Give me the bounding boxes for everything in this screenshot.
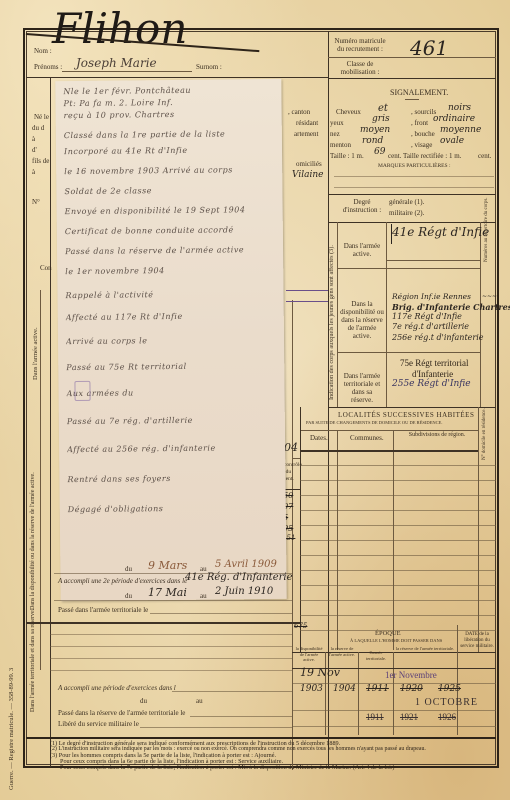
periode3-au: au (200, 592, 207, 600)
taille-cent-label: cent. (478, 152, 491, 160)
periode1-du: du (125, 565, 132, 573)
purple-mark-line-1 (286, 290, 328, 291)
affectation-side-label: Indication des corps auxquels les jeunes… (328, 245, 335, 400)
no-label: N° (32, 198, 40, 206)
margin-print-reference: Guerre. — Registre matricule. — 358-89-9… (8, 668, 15, 790)
classe-label: Classe de mobilisation : (332, 60, 388, 76)
purple-mark-line-2 (286, 301, 328, 302)
epoque-row-line (292, 726, 496, 727)
prenoms-underline (62, 71, 192, 72)
periode2-label: A accompli une 2e période d'exercices da… (58, 577, 187, 585)
slip-line: Affecté au 117e Rt d'Infie (66, 311, 266, 322)
cheveux-label: Cheveux (336, 108, 361, 116)
disponibilite-value-1: Région Inf.ie Rennes (392, 292, 471, 301)
localites-title: LOCALITÉS SUCCESSIVES HABITÉES (338, 411, 474, 419)
front-label: , front (411, 119, 428, 127)
instruction-label: Degré d'instruction : (340, 198, 384, 214)
territoriale-value: 255e Régt d'Infie (392, 379, 471, 389)
periode1-from: 9 Mars (148, 559, 187, 572)
armee-active-value: 41e Régt d'Infie (392, 225, 489, 239)
epoque-value-reserve-active: 1904 (333, 684, 356, 694)
purple-stamp-mark (74, 381, 90, 401)
epoque-value-disponibilite: 1903 (300, 684, 323, 694)
localites-row-line (300, 555, 496, 556)
cheveux-value: et (378, 103, 388, 114)
visage-label: , visage (411, 141, 432, 149)
localites-row-line (300, 495, 496, 496)
right-margin-numbers: ~~~ (482, 293, 497, 300)
passe-reserve-line (190, 716, 292, 717)
footnote-5: Pour ceux compris dans la 7e partie de l… (60, 764, 394, 771)
left-label-column-divider (50, 77, 51, 767)
slip-line: Incorporé au 41e Rt d'Infie (64, 145, 264, 156)
localites-side-col: N° domicile en résidence. (482, 408, 487, 460)
epoque-title: ÉPOQUE (375, 630, 401, 637)
slip-line: Certificat de bonne conduite accordé (65, 225, 265, 236)
slip-line: Rentré dans ses foyers (67, 473, 267, 484)
nez-value: moyen (360, 125, 390, 135)
epoque-col-territoriale: l'armée territoriale. (360, 650, 392, 661)
epoque-col-disponibilite: la disponibilité de l'armée active. (294, 646, 324, 663)
slip-line: reçu à 10 prov. Chartres (64, 109, 264, 120)
passe-territoriale-line (150, 613, 292, 614)
armee-active-bracket (391, 224, 392, 244)
taille-rectifiee-label: cent. Taille rectifiée : 1 m. (388, 152, 461, 160)
left-vertical-territoriale: Dans l'armée territoriale et dans sa rés… (30, 609, 36, 712)
localites-row-line (300, 600, 496, 601)
numero-matricule-label: Numéro matricule du recrutement : (332, 37, 388, 53)
slip-line: le 16 novembre 1903 Arrivé au corps (64, 165, 264, 176)
localites-row-line (300, 480, 496, 481)
periode3-to: 2 Juin 1910 (215, 586, 273, 597)
taille-value: 69 (374, 147, 385, 157)
slip-line: le 1er novembre 1904 (65, 265, 265, 276)
controle-top-line (292, 458, 300, 459)
slip-line: Rappelé à l'activité (65, 289, 265, 300)
slip-line: Soldat de 2e classe (64, 185, 264, 196)
a2-label: à (32, 168, 35, 176)
left-section-divider (40, 290, 41, 670)
epoque-row2-liberation: 1926 (438, 712, 456, 722)
nom-value: Flihon (52, 4, 187, 53)
slip-line: Classé dans la 1re partie de la liste (64, 129, 264, 140)
territoriale-au: au (196, 697, 203, 705)
marques-label: MARQUES PARTICULIÈRES : (378, 163, 451, 169)
periode3-from: 17 Mai (148, 586, 187, 599)
sourcils-value: noirs (448, 103, 471, 113)
domicilie-label: omiciliés (296, 160, 322, 168)
slip-line: Aux armées du (67, 387, 267, 398)
territoriale-label: Dans l'armée territoriale et dans sa rés… (340, 372, 384, 404)
con-label: Con (40, 264, 52, 272)
matricule-divider (328, 57, 496, 58)
signalement-divider (328, 194, 496, 195)
epoque-value-liberation: 1925 (438, 684, 461, 694)
bouche-label: , bouche (411, 130, 435, 138)
disponibilite-value-5: 256e rég.t d'infanterie (392, 333, 484, 342)
stamp-1-octobre: 1 OCTOBRE (415, 697, 478, 708)
localites-row-line (300, 465, 496, 466)
slip-line: Arrivé au corps le (66, 335, 266, 346)
epoque-subtitle: À LAQUELLE L'HOMME DOIT PASSER DANS (350, 638, 442, 643)
nom-label: Nom : (34, 47, 52, 55)
localites-col-communes: Communes. (350, 434, 384, 442)
yeux-label: yeux (330, 119, 344, 127)
disponibilite-value-2: Brig. d'Infanterie Chartres (392, 302, 510, 312)
epoque-col-1 (325, 652, 326, 735)
territoriale-row-line (50, 658, 292, 659)
territoriale-periode-label: A accompli une période d'exercices dans … (58, 684, 176, 692)
libere-label: Libéré du service militaire le (58, 720, 139, 728)
canton-label: , canton (288, 108, 310, 116)
epoque-col-2 (358, 652, 359, 735)
localites-subtitle: PAR SUITE DE CHANGEMENTS DE DOMICILE OU … (306, 420, 442, 425)
domicile-value: Vilaine (292, 170, 323, 180)
epoque-row2-reserve: 1921 (400, 712, 418, 722)
localites-row-line (300, 570, 496, 571)
epoque-row2-territoriale: 1911 (366, 712, 384, 722)
epoque-col-reserve-active: la réserve de l'armée active. (326, 646, 358, 657)
footnotes-divider (26, 737, 496, 739)
epoque-handwritten-top: 19 Nov (300, 666, 340, 679)
epoque-row-line (292, 710, 496, 711)
classe-divider (328, 78, 496, 79)
slip-line: Passé au 75e Rt territorial (66, 361, 266, 372)
epoque-col-reserve-territoriale: la réserve de l'armée territoriale. (394, 646, 456, 652)
yeux-value: gris (372, 114, 390, 124)
passe-territoriale-label: Passé dans l'armée territoriale le (58, 606, 148, 614)
left-vertical-disponibilite: Dans la disponibilité ou dans la réserve… (30, 472, 36, 610)
fils-de-label: fils de (32, 157, 49, 165)
periode3-line (54, 600, 292, 601)
armee-active-line-1 (386, 260, 480, 261)
slip-line: Affecté au 256e rég. d'infanterie (67, 443, 267, 454)
slip-line: Dégagé d'obligations (68, 503, 268, 514)
localites-row-line (300, 615, 496, 616)
localites-row-line (300, 540, 496, 541)
localites-row-line (300, 510, 496, 511)
territoriale-periode-line (172, 691, 292, 692)
residant-label: résidant (296, 119, 318, 127)
slip-line: Envoyé en disponibilité le 19 Sept 1904 (65, 205, 265, 216)
instruction-militaire: militaire (2). (389, 209, 424, 217)
marques-line-2 (334, 187, 494, 188)
affectation-right-divider (480, 222, 481, 407)
localites-col-dates: Dates. (310, 434, 328, 442)
instruction-generale: générale (1). (389, 198, 424, 206)
date-liberation-label: DATE de la libération du service militai… (459, 632, 495, 650)
territoriale-row-line (50, 634, 292, 635)
menton-value: rond (362, 136, 383, 146)
a-label: à (32, 135, 35, 143)
localites-row-line (300, 585, 496, 586)
libere-line (140, 727, 292, 728)
slip-line: Pt: Pa fa m. 2. Loire Inf. (63, 97, 263, 108)
localites-row-line (300, 525, 496, 526)
taille-label: Taille : 1 m. (330, 152, 364, 160)
departement-label: artement (294, 130, 319, 138)
slip-line: Passé au 7e rég. d'artillerie (67, 415, 267, 426)
affectation-label-divider (386, 222, 387, 407)
nez-label: nez (330, 130, 340, 138)
epoque-date-divider (457, 625, 458, 735)
d-label: d' (32, 146, 37, 154)
disponibilite-value-3: 117e Régt d'Infie (392, 312, 462, 321)
ne-le-label: Né le (34, 113, 49, 121)
signalement-title: SIGNALEMENT. (390, 88, 448, 97)
slip-line: Passé dans la réserve de l'armée active (65, 245, 265, 256)
territoriale-stamp-1: 75e Régt territorial (400, 358, 468, 368)
instruction-divider (328, 222, 496, 223)
periode1-to: 5 Avril 1909 (215, 559, 277, 570)
disponibilite-label: Dans la disponibilité ou dans la réserve… (338, 300, 386, 340)
armee-active-divider (337, 268, 480, 269)
front-value: ordinaire (433, 114, 475, 124)
disponibilite-divider (337, 352, 480, 353)
epoque-value-reserve-territoriale: 1920 (400, 684, 423, 694)
territoriale-du: du (140, 697, 147, 705)
bouche-value: moyenne (440, 125, 481, 135)
affectation-bottom-divider (328, 407, 496, 408)
territoriale-stamp-2: d'Infanterie (412, 369, 453, 379)
visage-value: ovale (440, 136, 464, 146)
disponibilite-value-4: 7e rég.t d'artillerie (392, 322, 469, 331)
prenoms-label: Prénoms : (34, 63, 62, 71)
localites-col-subdivisions: Subdivisions de région. (398, 431, 476, 439)
du-label: du d (32, 124, 44, 132)
passe-reserve-territoriale-label: Passé dans la réserve de l'armée territo… (58, 709, 185, 717)
periode3-du: du (125, 592, 132, 600)
periode2-value: 41e Rég. d'Infanterie (185, 572, 293, 583)
signalement-underline (405, 99, 419, 100)
prenoms-value: Joseph Marie (76, 56, 157, 70)
surnom-label: Surnom : (196, 63, 222, 71)
localites-header-divider (300, 450, 478, 452)
left-vertical-armee-active: Dans l'armée active. (32, 327, 39, 380)
territoriale-row-line (50, 646, 292, 647)
pasted-handwritten-slip: Nle le 1er févr. Pontchâteau Pt: Pa fa m… (55, 79, 286, 601)
epoque-value-territoriale: 1911 (366, 684, 389, 694)
menton-label: menton (330, 141, 351, 149)
slip-line: Nle le 1er févr. Pontchâteau (63, 85, 263, 96)
epoque-col-3 (393, 652, 394, 735)
marques-line-1 (334, 176, 494, 177)
armee-active-label: Dans l'armée active. (340, 242, 384, 258)
active-territoriale-divider (26, 622, 300, 624)
territoriale-row-line (50, 670, 292, 671)
header-divider (26, 77, 329, 78)
stamp-1er-novembre: 1er Novembre (385, 670, 437, 680)
